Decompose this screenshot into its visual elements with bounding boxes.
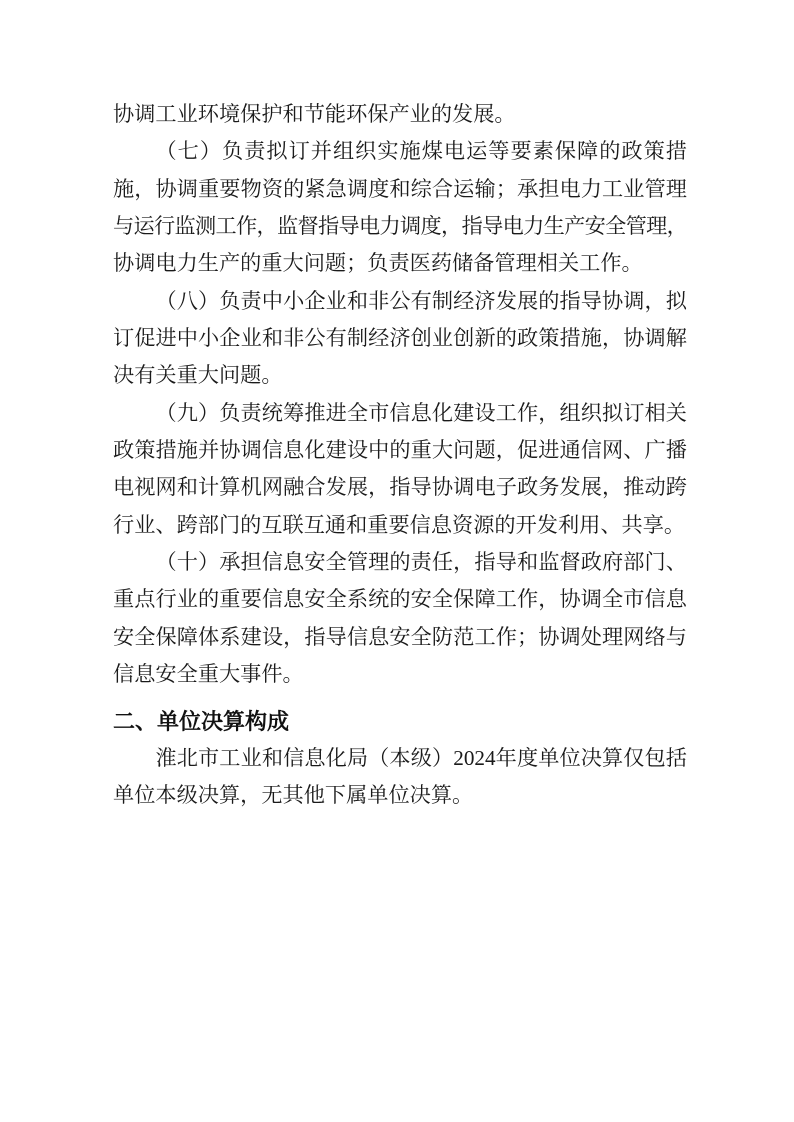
text-line: 安全保障体系建设，指导信息安全防范工作；协调处理网络与 (113, 619, 687, 656)
document-body: 协调工业环境保护和节能环保产业的发展。 （七）负责拟订并组织实施煤电运等要素保障… (113, 96, 687, 815)
text-line: 电视网和计算机网融合发展，指导协调电子政务发展，推动跨 (113, 469, 687, 506)
text-line: 淮北市工业和信息化局（本级）2024年度单位决算仅包括 (113, 740, 687, 777)
text-line: （八）负责中小企业和非公有制经济发展的指导协调，拟 (113, 283, 687, 320)
text-line: 订促进中小企业和非公有制经济创业创新的政策措施，协调解 (113, 320, 687, 357)
text-line: 协调电力生产的重大问题；负责医药储备管理相关工作。 (113, 245, 687, 282)
text-line: 协调工业环境保护和节能环保产业的发展。 (113, 96, 687, 133)
section-heading: 二、单位决算构成 (113, 703, 687, 740)
document-page: 协调工业环境保护和节能环保产业的发展。 （七）负责拟订并组织实施煤电运等要素保障… (0, 0, 794, 1122)
text-line: 单位本级决算，无其他下属单位决算。 (113, 777, 687, 814)
text-line: （十）承担信息安全管理的责任，指导和监督政府部门、 (113, 544, 687, 581)
text-line: 与运行监测工作，监督指导电力调度，指导电力生产安全管理， (113, 208, 687, 245)
text-line: 重点行业的重要信息安全系统的安全保障工作，协调全市信息 (113, 581, 687, 618)
text-line: 决有关重大问题。 (113, 357, 687, 394)
text-line: （九）负责统筹推进全市信息化建设工作，组织拟订相关 (113, 395, 687, 432)
text-line: 信息安全重大事件。 (113, 656, 687, 693)
text-line: 行业、跨部门的互联互通和重要信息资源的开发利用、共享。 (113, 507, 687, 544)
text-line: 政策措施并协调信息化建设中的重大问题，促进通信网、广播 (113, 432, 687, 469)
text-line: 施，协调重要物资的紧急调度和综合运输；承担电力工业管理 (113, 171, 687, 208)
text-line: （七）负责拟订并组织实施煤电运等要素保障的政策措 (113, 133, 687, 170)
